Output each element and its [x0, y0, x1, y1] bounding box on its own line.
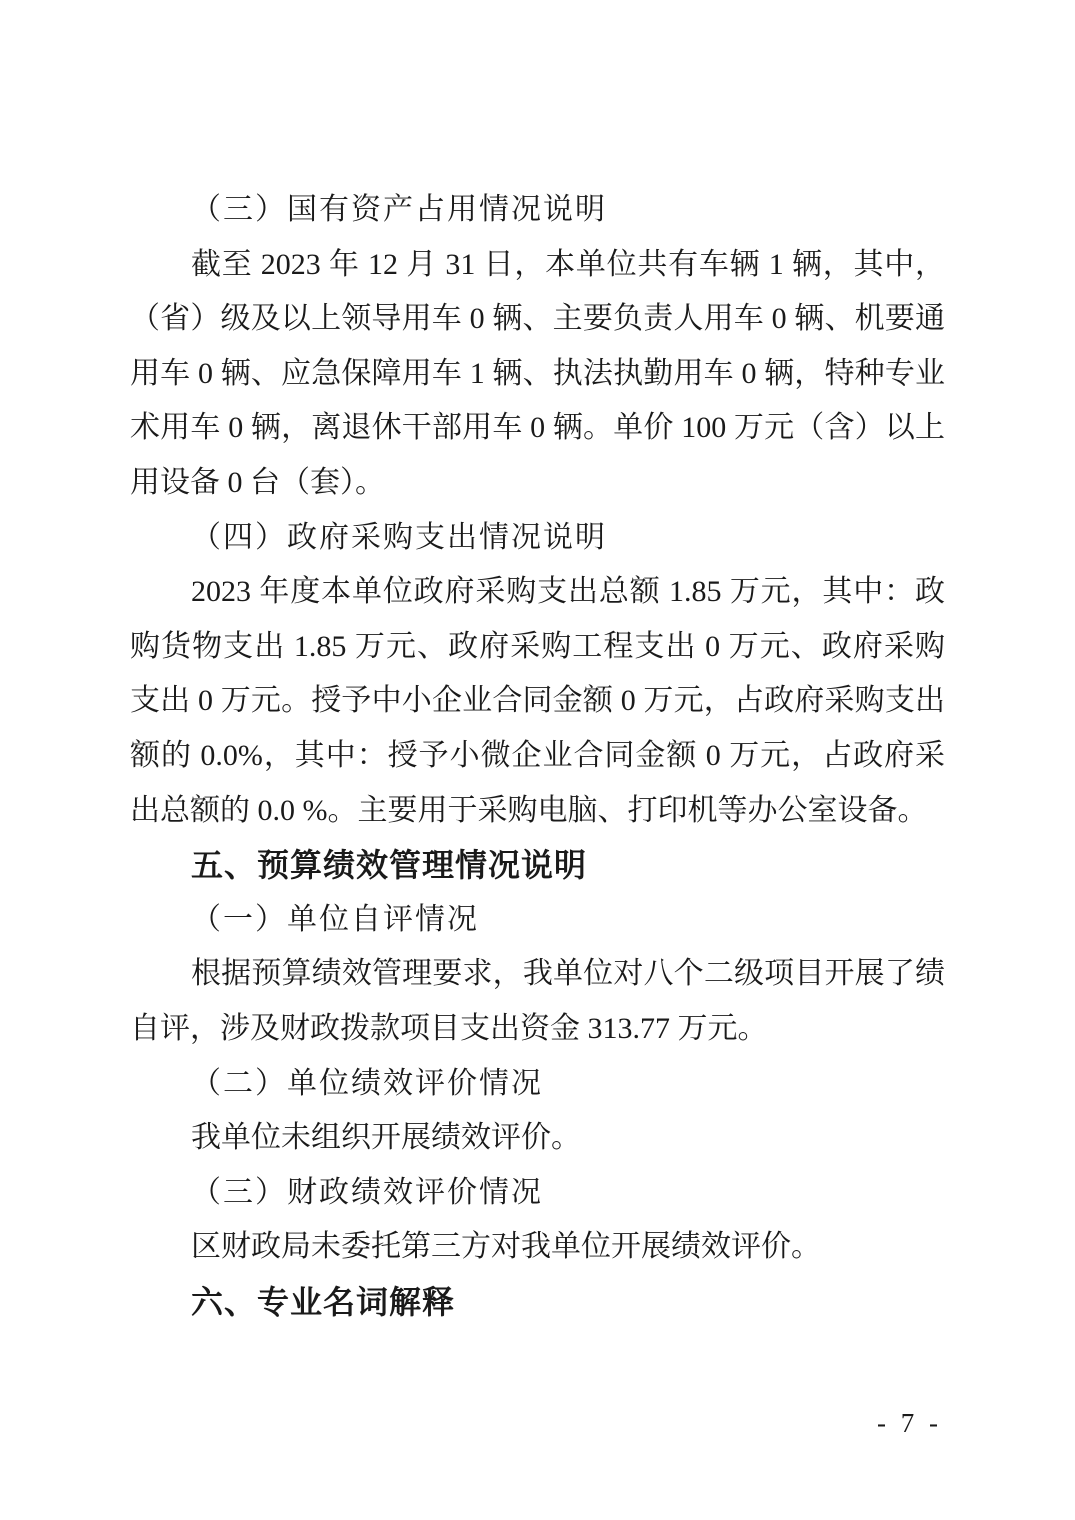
page-number: - 7 -	[130, 1408, 942, 1439]
subsection-heading-self-evaluation: （一）单位自评情况	[130, 893, 945, 948]
text-line: （省）级及以上领导用车 0 辆、主要负责人用车 0 辆、机要通信	[130, 292, 945, 347]
subsection-heading-fiscal-evaluation: （三）财政绩效评价情况	[130, 1166, 945, 1221]
text-line: 支出 0 万元。授予中小企业合同金额 0 万元，占政府采购支出总	[130, 674, 945, 729]
text-line: 出总额的 0.0 %。主要用于采购电脑、打印机等办公室设备。	[130, 784, 945, 839]
text-line: 术用车 0 辆，离退休干部用车 0 辆。单价 100 万元（含）以上专	[130, 401, 945, 456]
document-page: （三）国有资产占用情况说明 截至 2023 年 12 月 31 日，本单位共有车…	[0, 0, 1075, 1520]
document-body: （三）国有资产占用情况说明 截至 2023 年 12 月 31 日，本单位共有车…	[130, 183, 945, 1329]
subsection-heading-assets: （三）国有资产占用情况说明	[130, 183, 945, 238]
text-line: 截至 2023 年 12 月 31 日，本单位共有车辆 1 辆，其中，副部	[130, 238, 945, 293]
text-line: 用设备 0 台（套）。	[130, 456, 945, 511]
subsection-heading-procurement: （四）政府采购支出情况说明	[130, 511, 945, 566]
text-line: 区财政局未委托第三方对我单位开展绩效评价。	[130, 1220, 945, 1275]
text-line: 根据预算绩效管理要求，我单位对八个二级项目开展了绩效	[130, 947, 945, 1002]
subsection-heading-unit-evaluation: （二）单位绩效评价情况	[130, 1057, 945, 1112]
text-line: 自评，涉及财政拨款项目支出资金 313.77 万元。	[130, 1002, 945, 1057]
section-heading-performance: 五、预算绩效管理情况说明	[130, 838, 945, 893]
text-line: 我单位未组织开展绩效评价。	[130, 1111, 945, 1166]
text-line: 2023 年度本单位政府采购支出总额 1.85 万元，其中：政府采	[130, 565, 945, 620]
section-heading-glossary: 六、专业名词解释	[130, 1275, 945, 1330]
text-line: 额的 0.0%，其中：授予小微企业合同金额 0 万元，占政府采购支	[130, 729, 945, 784]
text-line: 购货物支出 1.85 万元、政府采购工程支出 0 万元、政府采购服务	[130, 620, 945, 675]
text-line: 用车 0 辆、应急保障用车 1 辆、执法执勤用车 0 辆，特种专业技	[130, 347, 945, 402]
